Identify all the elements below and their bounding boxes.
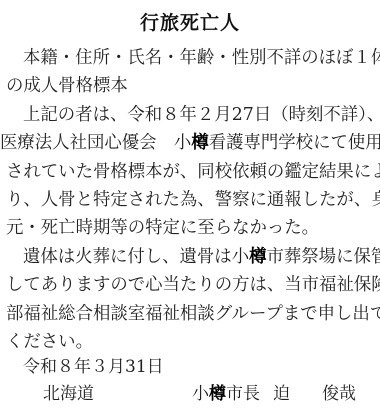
- body-line: してありますので心当たりの方は、当市福祉保険: [6, 271, 376, 299]
- text-segment: 医療法人社団心優会 小: [0, 133, 191, 153]
- body-line: 上記の者は、令和８年２月27日（時刻不詳）、: [6, 101, 376, 129]
- signature-mayor: 小樽市長: [192, 379, 260, 404]
- body-line: 本籍・住所・氏名・年齢・性別不詳のほぼ１体: [6, 44, 376, 72]
- signature-given-name: 俊哉: [322, 379, 356, 404]
- body-line: り、人骨と特定された為、警察に通報したが、身: [6, 186, 376, 214]
- city-kanji: 樽: [209, 384, 226, 404]
- city-kanji: 樽: [249, 247, 266, 267]
- body-line: 部福祉総合相談室福祉相談グループまで申し出て: [6, 300, 376, 328]
- body-line: されていた骨格標本が、同校依頼の鑑定結果によ: [6, 158, 376, 186]
- notice-date: 令和８年３月31日: [23, 352, 164, 377]
- text-segment: 遺体は火葬に付し、遺骨は小: [23, 247, 249, 267]
- body-line: 遺体は火葬に付し、遺骨は小樽市葬祭場に保管: [6, 243, 376, 271]
- signature-surname: 迫: [273, 379, 290, 404]
- text-segment: 市長: [226, 384, 260, 404]
- text-segment: 市葬祭場に保管: [267, 247, 380, 267]
- signature-prefecture: 北海道: [43, 379, 94, 404]
- text-segment: 小: [192, 384, 209, 404]
- document-title: 行旅死亡人: [0, 8, 380, 35]
- document-body: 本籍・住所・氏名・年齢・性別不詳のほぼ１体 の成人骨格標本 上記の者は、令和８年…: [6, 44, 376, 356]
- city-kanji: 樽: [191, 133, 208, 153]
- body-line: の成人骨格標本: [6, 72, 376, 100]
- body-line: 元・死亡時期等の特定に至らなかった。: [6, 214, 376, 242]
- body-line: 医療法人社団心優会 小樽看護専門学校にて使用: [0, 129, 376, 157]
- text-segment: 看護専門学校にて使用: [209, 133, 380, 153]
